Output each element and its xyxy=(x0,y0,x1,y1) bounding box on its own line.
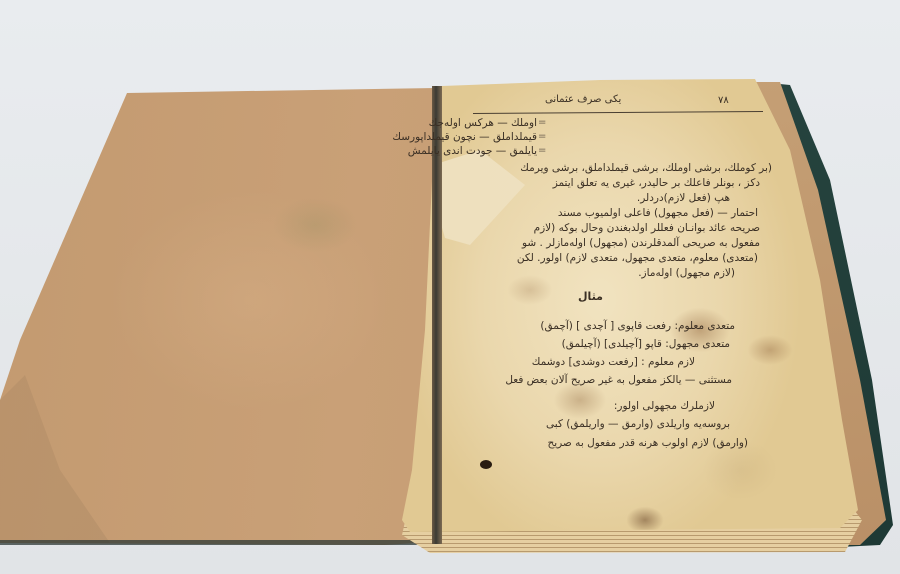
paragraph-line: صريحه عائد بوانـان فعللر اولدبغندن وحال … xyxy=(534,222,760,234)
table-row: اوملك — هركس اوله‌جك xyxy=(429,117,537,129)
ditto-mark: = xyxy=(538,131,546,142)
table-row: يايلمق — جودت اندى يايلمش xyxy=(408,145,537,157)
example-line: لازم معلوم : [رفعت دوشدى] دوشمك xyxy=(532,356,695,368)
paragraph-line: (بر كوملك، برشى اوملك، برشى قيملداملق، ب… xyxy=(520,162,772,174)
ditto-mark: = xyxy=(538,117,546,128)
left-board-edge xyxy=(0,540,432,545)
example-line: (وارمق) لازم اولوب هرنه قدر مفعول به صري… xyxy=(547,437,748,449)
paragraph-line: مفعول به صريحى آلمدقلرندن (مجهول) اوله‌م… xyxy=(522,237,760,249)
example-line: مستثنى — يالكز مفعول به غير صريح آلان بع… xyxy=(505,374,732,386)
example-line: متعدى معلوم: رفعت قاپوى [ آچدى ] (آچمق) xyxy=(540,320,735,332)
paragraph-line: احتمار — (فعل مجهول) فاعلى اولميوب مسند xyxy=(558,207,758,219)
table-row: قيملداملق — نچون قيملداپورسك xyxy=(392,131,537,143)
section-heading: مثال xyxy=(578,290,603,303)
ink-blot xyxy=(480,460,492,469)
example-line: متعدى مجهول: قاپو [آچيلدى] (آچيلمق) xyxy=(562,338,730,350)
running-title: يكى صرف عثمانى xyxy=(545,94,621,105)
example-line: لازملرك مجهولى اولور: xyxy=(614,400,715,412)
example-line: بروسه‌يه واريلدى (وارمق — واريلمق) كبى xyxy=(546,418,730,430)
book-photo-scene: ٧٨ يكى صرف عثمانى اوملك — هركس اوله‌جك ق… xyxy=(0,0,900,574)
paragraph-line: هپ (فعل لازم)دردلر. xyxy=(637,192,730,204)
page-number: ٧٨ xyxy=(718,95,729,106)
paragraph-line: (متعدى) معلوم، متعدى مجهول، متعدى لازم) … xyxy=(517,252,758,264)
paragraph-line: (لازم مجهول) اوله‌ماز. xyxy=(638,267,735,279)
paragraph-line: دكز ، بونلر فاعلك بر حاليدر، غيرى يه تعل… xyxy=(553,177,760,189)
ditto-mark: = xyxy=(538,145,546,156)
